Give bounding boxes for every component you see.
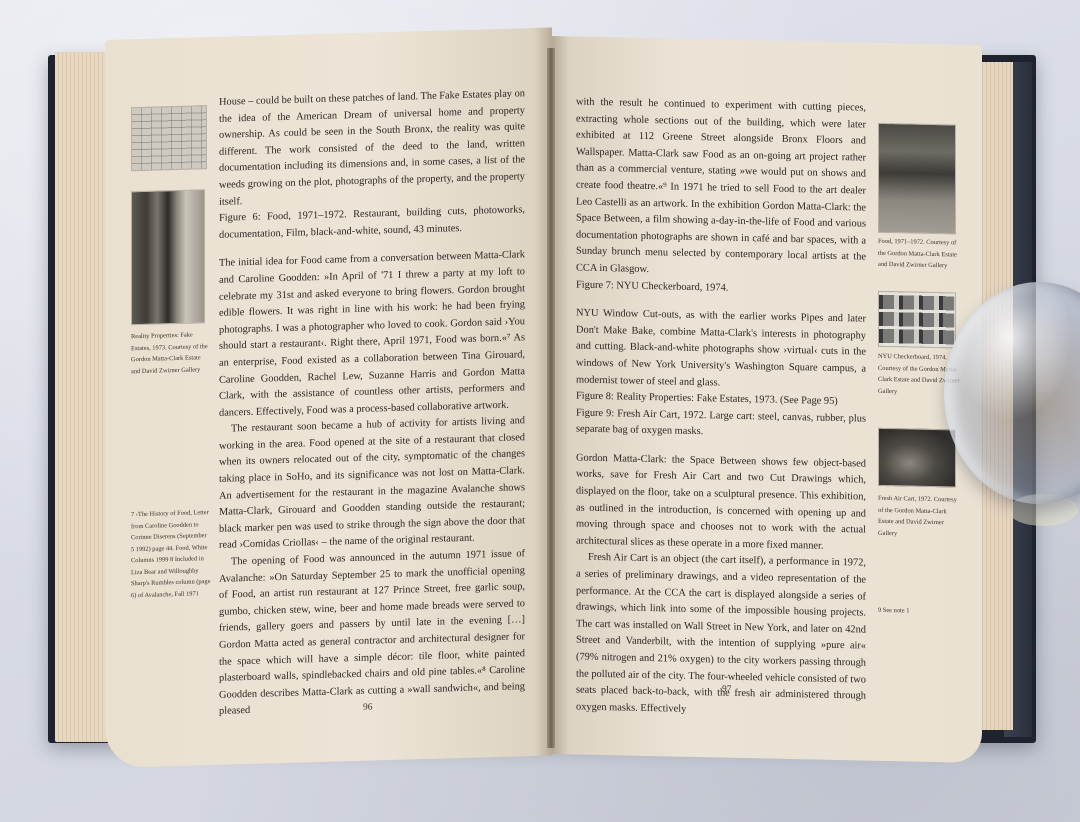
fake-estates-plan-image (131, 105, 207, 171)
book-gutter (547, 48, 555, 748)
paragraph: with the result he continued to experime… (576, 95, 866, 284)
paragraph: House – could be built on these patches … (219, 86, 525, 211)
nyu-checkerboard-image (878, 291, 956, 349)
food-storefront-image (878, 123, 956, 235)
fresh-air-cart-image (878, 428, 956, 488)
paragraph: Fresh Air Cart is an object (the cart it… (576, 550, 866, 722)
right-page-body: with the result he continued to experime… (576, 95, 866, 722)
footnote-7-8: 7 ›The History of Food, Letter from Caro… (131, 507, 211, 601)
left-page: Reality Properties: Fake Estates, 1973. … (105, 28, 552, 768)
caption-fresh-air-cart: Fresh Air Cart, 1972. Courtesy of the Go… (878, 493, 960, 541)
page-number-left: 96 (363, 703, 373, 713)
paragraph: The restaurant soon became a hub of acti… (219, 414, 525, 555)
paragraph: The initial idea for Food came from a co… (219, 248, 525, 422)
page-number-right: 97 (722, 685, 732, 695)
caption-food: Food, 1971–1972. Courtesy of the Gordon … (878, 236, 960, 272)
caption-reality-properties: Reality Properties: Fake Estates, 1973. … (131, 329, 211, 377)
figure-9-caption: Figure 9: Fresh Air Cart, 1972. Large ca… (576, 405, 866, 444)
right-page: with the result he continued to experime… (552, 36, 982, 763)
footnote-9: 9 See note 1 (878, 605, 960, 618)
left-page-body: House – could be built on these patches … (219, 86, 525, 721)
figure-6-caption: Figure 6: Food, 1971–1972. Restaurant, b… (219, 202, 525, 244)
paragraph: Gordon Matta-Clark: the Space Between sh… (576, 450, 866, 556)
fake-estates-alley-image (131, 189, 205, 325)
paragraph: The opening of Food was announced in the… (219, 546, 525, 720)
paragraph: NYU Window Cut-outs, as with the earlier… (576, 306, 866, 395)
